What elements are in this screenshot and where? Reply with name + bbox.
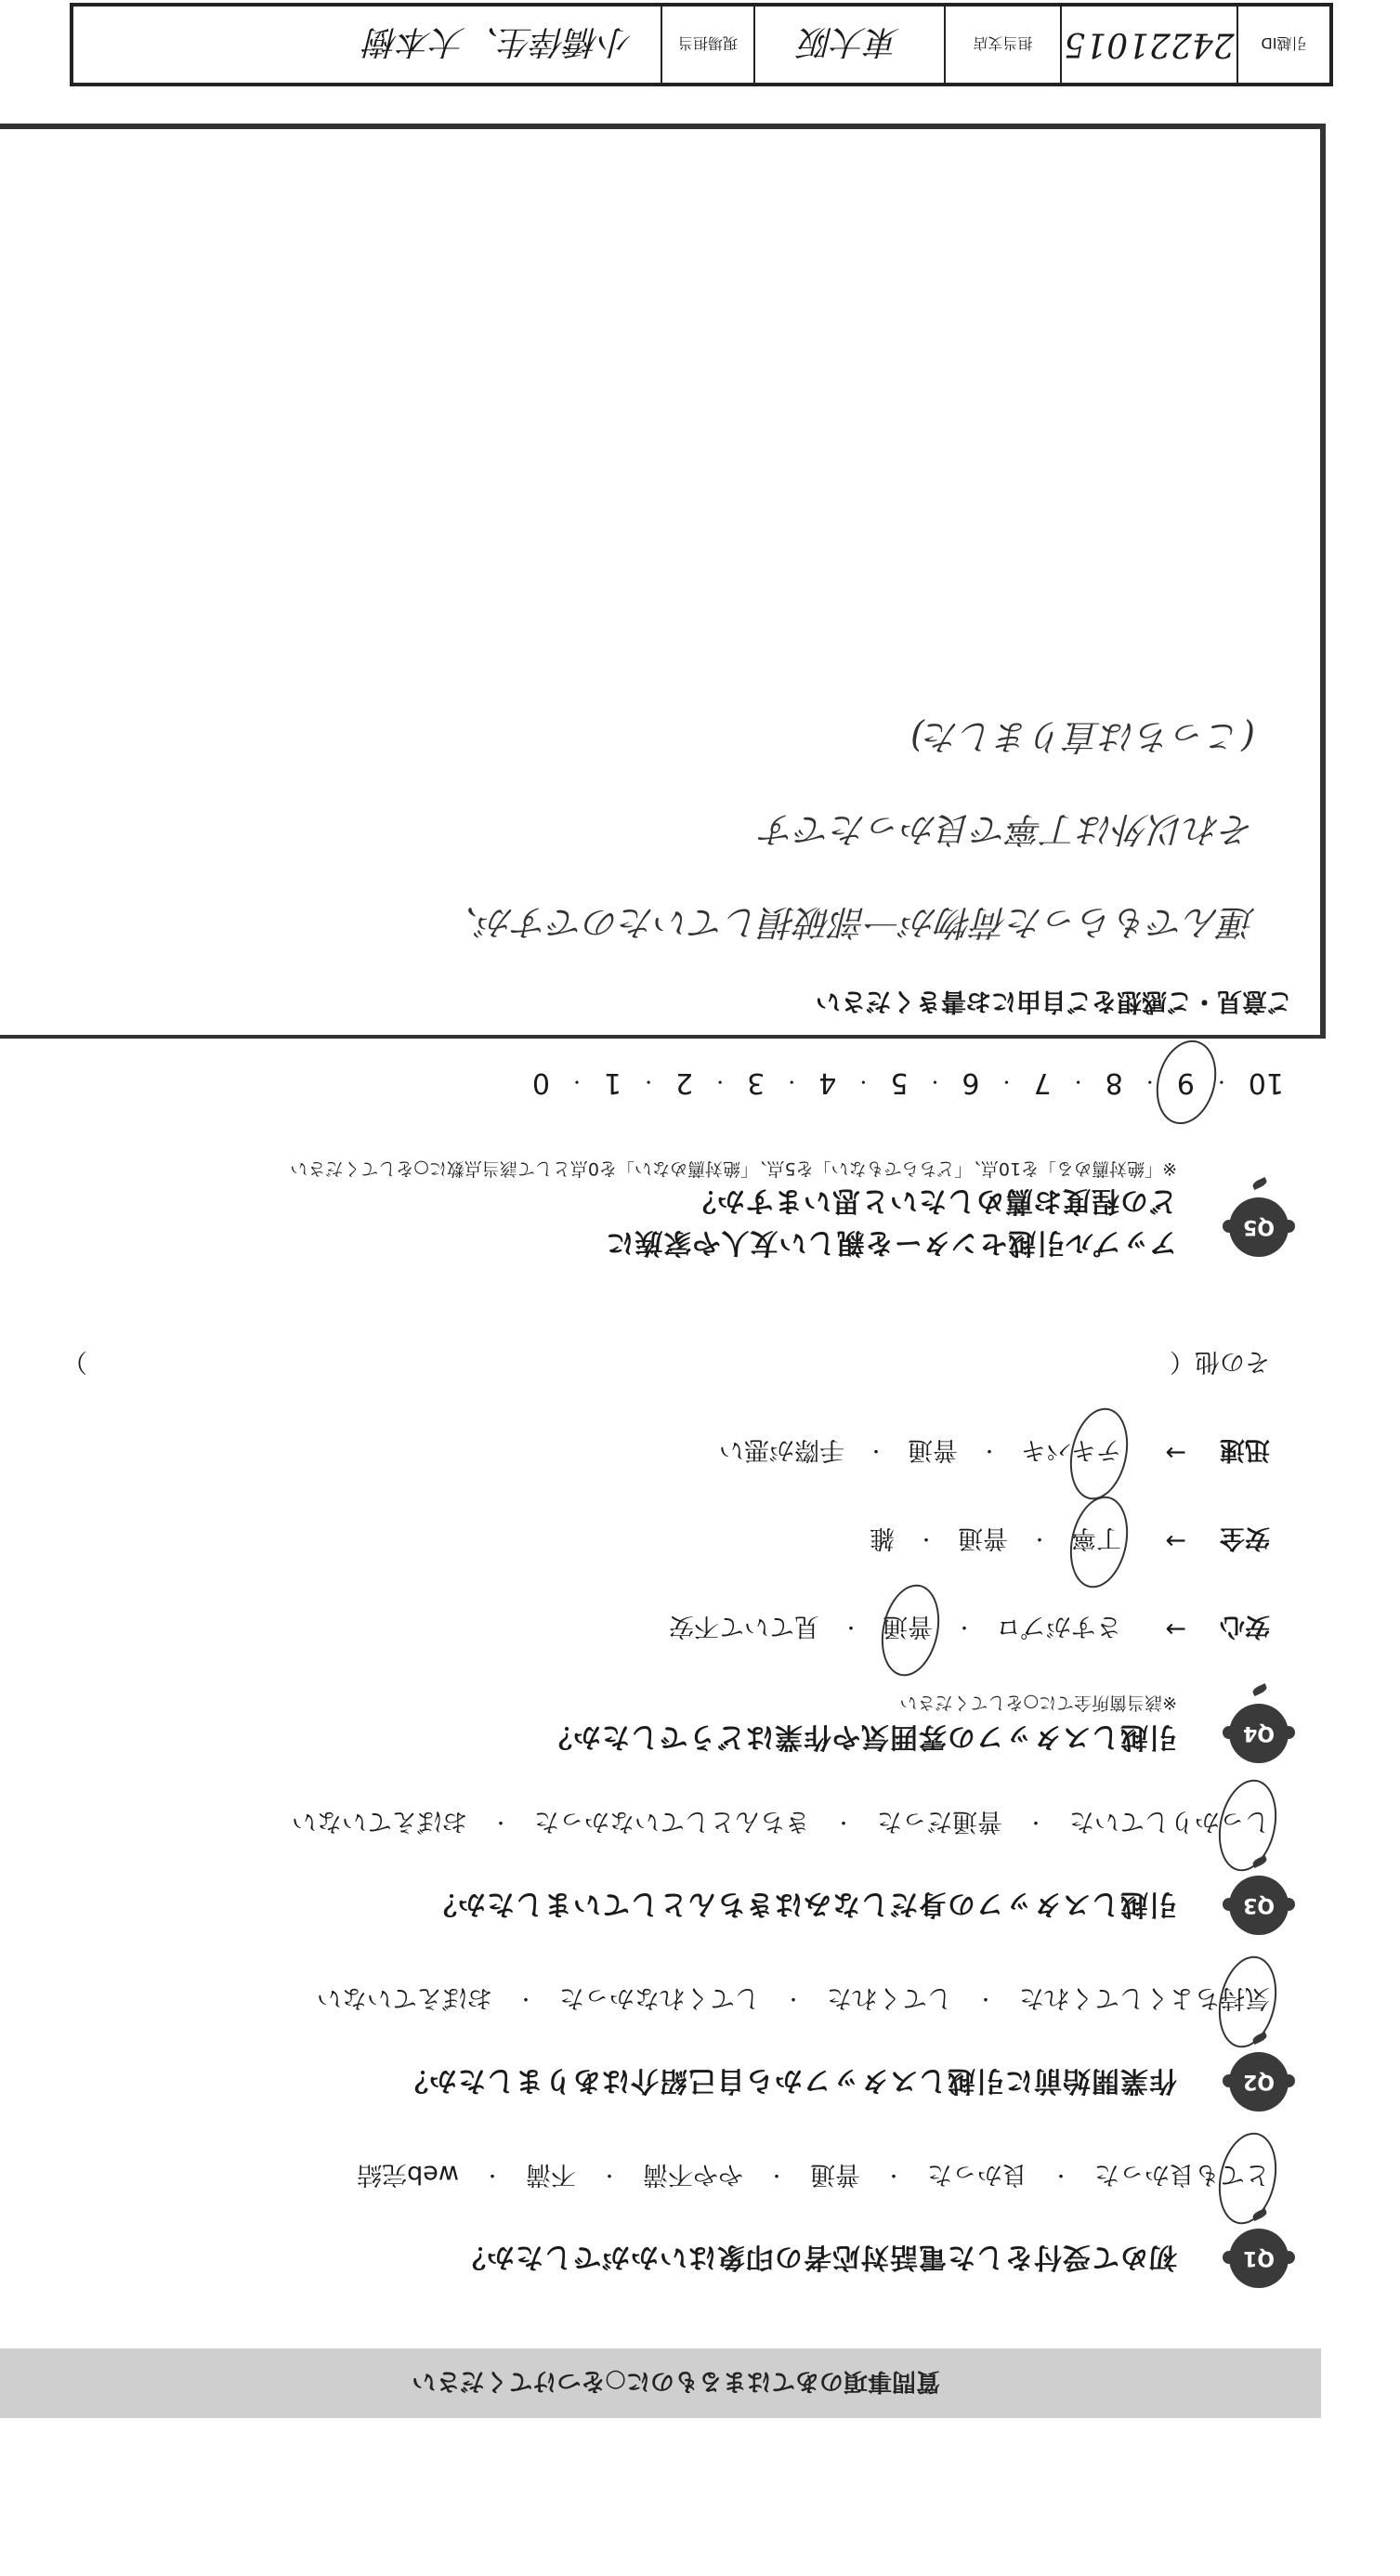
q5-title-line1: アップル引越センターを親しい友人や家族に — [606, 1225, 1178, 1266]
move-info-table: 引越ID 24221015 担当支店 東大阪 現場担当 小橋倖生、大本樹 — [70, 3, 1333, 86]
q5-title-line2: どの程度お薦めしたいと思いますか？ — [687, 1183, 1177, 1224]
q1-option-3[interactable]: 普通 — [810, 2159, 860, 2195]
leaf-icon — [1251, 1177, 1268, 1190]
score-8[interactable]: 8 — [1106, 1066, 1123, 1099]
score-10[interactable]: 10 — [1249, 1066, 1284, 1099]
q1-title: 初めて受付をした電話対応者の印象はいかがでしたか？ — [457, 2240, 1177, 2281]
branch-value: 東大阪 — [753, 7, 944, 83]
survey-sheet: 質問事項のあてはまるものに○をつけてください Q1 初めて受付をした電話対応者の… — [0, 0, 1400, 2576]
move-id-label: 引越ID — [1236, 7, 1329, 83]
q4-anzen-option-1[interactable]: 丁寧 — [1071, 1523, 1121, 1559]
q4-jinsoku-option-3[interactable]: 手際が悪い — [719, 1434, 844, 1471]
q3-option-3[interactable]: きちんとしていなかった — [534, 1806, 810, 1842]
q3-option-4[interactable]: おぼえていない — [292, 1806, 467, 1842]
instruction-banner: 質問事項のあてはまるものに○をつけてください — [0, 2348, 1321, 2418]
q3-option-2[interactable]: 普通だった — [877, 1806, 1002, 1842]
arrow-right-icon: → — [1121, 1526, 1186, 1555]
handwritten-line-2: それ以外は丁寧で良かったです — [761, 807, 1255, 858]
q4-row-anzen: 安全 → 丁寧・ 普通・ 雑 — [870, 1523, 1270, 1559]
q2-option-2[interactable]: してくれた — [827, 1982, 952, 2019]
q4-anzen-option-3[interactable]: 雑 — [870, 1523, 895, 1559]
q5-badge-icon: Q5 — [1229, 1197, 1289, 1257]
score-4[interactable]: 4 — [818, 1066, 836, 1099]
q2-option-4[interactable]: おぼえていない — [317, 1982, 492, 2019]
handwritten-line-3: (こっちは直りました) — [910, 714, 1255, 765]
q5-score-scale: 10・ 9・ 8・ 7・ 6・ 5・ 4・ 3・ 2・ 1・ 0 — [532, 1066, 1284, 1099]
q3-title: 引越しスタッフの身だしなみはきちんとしていましたか？ — [428, 1887, 1177, 1928]
q3-options: しっかりしていた・ 普通だった・ きちんとしていなかった・ おぼえていない — [292, 1806, 1270, 1842]
score-7[interactable]: 7 — [1034, 1066, 1052, 1099]
q5-note: ※「絶対薦める」を10点、「どちらでもない」を5点、「絶対薦めない」を0点として… — [290, 1157, 1177, 1183]
branch-label: 担当支店 — [944, 7, 1060, 83]
score-3[interactable]: 3 — [747, 1066, 765, 1099]
q4-anshin-option-2[interactable]: 普通 — [883, 1611, 933, 1647]
q4-anshin-option-3[interactable]: 見ていて不安 — [669, 1611, 819, 1647]
q4-row-anshin: 安心 → さすがプロ・ 普通・ 見ていて不安 — [669, 1611, 1270, 1647]
comments-title: ご意見・ご感想をご自由にお書きください — [816, 986, 1292, 1022]
q2-option-1[interactable]: 気持ちよくしてくれた — [1019, 1982, 1270, 2019]
q2-options: 気持ちよくしてくれた・ してくれた・ してくれなかった・ おぼえていない — [317, 1982, 1270, 2019]
q3-badge-icon: Q3 — [1229, 1876, 1289, 1935]
q1-option-1[interactable]: とても良かった — [1094, 2159, 1270, 2195]
q4-row-jinsoku: 迅速 → テキパキ・ 普通・ 手際が悪い — [719, 1434, 1270, 1471]
q4-row-other: その他（ ） — [62, 1346, 1270, 1382]
q4-title: 引越しスタッフの雰囲気や作業はどうでしたか？ — [543, 1720, 1177, 1760]
score-6[interactable]: 6 — [962, 1066, 979, 1099]
q2-title: 作業開始前に引越しスタッフから自己紹介はありましたか？ — [399, 2063, 1177, 2104]
q1-option-6[interactable]: web完結 — [357, 2159, 459, 2195]
score-0[interactable]: 0 — [532, 1066, 550, 1099]
comments-box[interactable]: ご意見・ご感想をご自由にお書きください 運んでもらった荷物が一部破損していたので… — [0, 124, 1326, 1039]
q4-anshin-option-1[interactable]: さすがプロ — [996, 1611, 1121, 1647]
arrow-right-icon: → — [1121, 1438, 1186, 1467]
q1-option-4[interactable]: やや不満 — [643, 2159, 743, 2195]
score-9[interactable]: 9 — [1177, 1066, 1195, 1099]
leaf-icon — [1251, 1683, 1268, 1696]
score-2[interactable]: 2 — [675, 1066, 693, 1099]
staff-value: 小橋倖生、大本樹 — [73, 7, 661, 83]
move-id-value: 24221015 — [1060, 7, 1236, 83]
q4-jinsoku-option-1[interactable]: テキパキ — [1021, 1434, 1121, 1471]
q1-options: とても良かった・ 良かった・ 普通・ やや不満・ 不満・ web完結 — [357, 2159, 1270, 2195]
q3-option-1[interactable]: しっかりしていた — [1069, 1806, 1270, 1842]
q1-option-2[interactable]: 良かった — [927, 2159, 1027, 2195]
banner-text: 質問事項のあてはまるものに○をつけてください — [412, 2366, 940, 2400]
arrow-right-icon: → — [1121, 1615, 1186, 1643]
staff-label: 現場担当 — [661, 7, 753, 83]
q1-option-5[interactable]: 不満 — [526, 2159, 576, 2195]
q4-jinsoku-option-2[interactable]: 普通 — [908, 1434, 958, 1471]
q4-note: ※該当箇所全てに○をしてください — [900, 1692, 1178, 1717]
q2-option-3[interactable]: してくれなかった — [559, 1982, 760, 2019]
q1-badge-icon: Q1 — [1229, 2229, 1289, 2288]
score-5[interactable]: 5 — [890, 1066, 908, 1099]
q4-badge-icon: Q4 — [1229, 1704, 1289, 1763]
q2-badge-icon: Q2 — [1229, 2052, 1289, 2112]
handwritten-line-1: 運んでもらった荷物が一部破損していたのですが、 — [443, 900, 1255, 951]
score-1[interactable]: 1 — [604, 1066, 621, 1099]
q4-anzen-option-2[interactable]: 普通 — [958, 1523, 1008, 1559]
q4-other-label: その他（ — [1170, 1346, 1270, 1382]
